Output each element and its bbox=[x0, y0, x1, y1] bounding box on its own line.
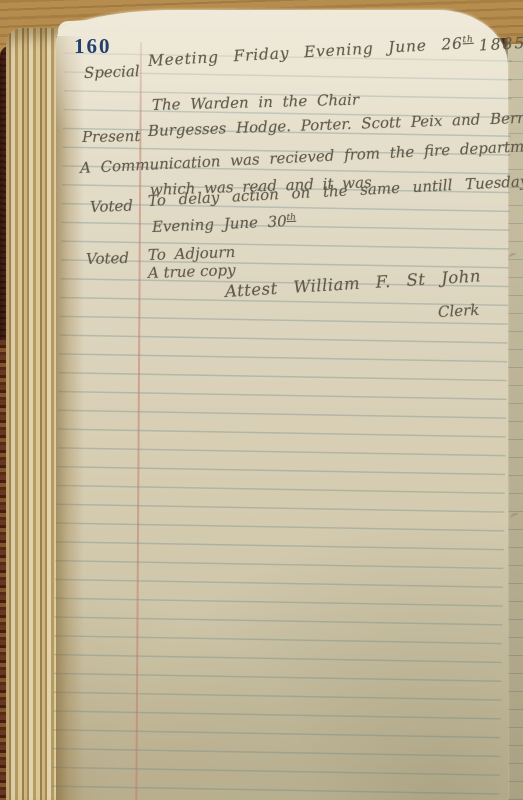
heading-ordinal: th bbox=[462, 35, 474, 46]
vote-delay-ordinal: th bbox=[286, 213, 296, 223]
heading-year: 1885 bbox=[478, 34, 523, 55]
page-number: 160 bbox=[74, 34, 112, 59]
photo-of-minute-book: 160 Special Meeting Friday Evening June … bbox=[0, 0, 523, 800]
faint-writing-fragment bbox=[507, 253, 517, 261]
margin-label-present: Present bbox=[82, 127, 141, 146]
margin-label-voted-2: Voted bbox=[86, 249, 129, 268]
page-left-curl-shadow bbox=[56, 36, 84, 800]
clerk-title: Clerk bbox=[438, 301, 480, 321]
margin-label-special: Special bbox=[84, 62, 140, 82]
margin-label-voted-1: Voted bbox=[90, 197, 134, 216]
true-copy-line: A true copy bbox=[148, 261, 236, 282]
faint-writing-fragment bbox=[509, 513, 519, 521]
